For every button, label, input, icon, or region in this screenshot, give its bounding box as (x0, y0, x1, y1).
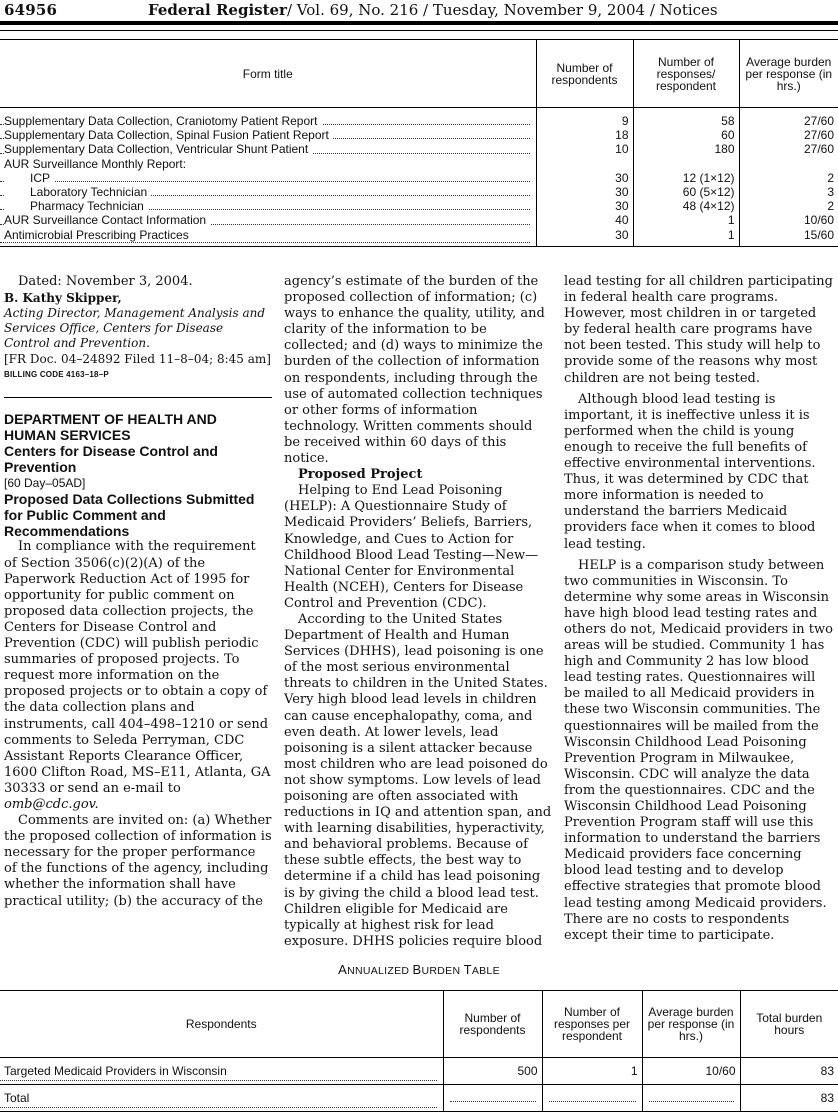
table-header-row: Respondents Number of respondents Number… (0, 991, 838, 1058)
dot-leader-cell (642, 1085, 740, 1112)
billing-code: BILLING CODE 4163–18–P (4, 367, 272, 383)
col-form-title: Form title (0, 40, 536, 108)
paragraph: Although blood lead testing is important… (564, 392, 834, 553)
responses-per-respondent: 1 (633, 228, 739, 247)
responses-per-respondent: 12 (1×12) (633, 171, 739, 185)
annualized-burden-table: Respondents Number of respondents Number… (0, 990, 838, 1112)
header-rule-thin (0, 30, 838, 31)
form-title-cell: Laboratory Technician (0, 185, 536, 199)
header-rule-thick (0, 21, 838, 25)
average-burden: 27/60 (739, 142, 838, 156)
signer-name: B. Kathy Skipper, (4, 290, 272, 306)
page-header: 64956 Federal Register/ Vol. 69, No. 216… (4, 0, 834, 22)
subject-heading: Proposed Data Collections Submitted for … (4, 491, 272, 539)
form-title-cell: AUR Surveillance Monthly Report: (0, 157, 536, 171)
table-row: Targeted Medicaid Providers in Wisconsin… (0, 1058, 838, 1085)
fr-doc-line: [FR Doc. 04–24892 Filed 11–8–04; 8:45 am… (4, 351, 272, 367)
col-responses-per-respondent: Number of responses/ respondent (633, 40, 739, 108)
total-label: Total (0, 1085, 443, 1112)
form-title-cell: Pharmacy Technician (0, 199, 536, 213)
page-number: 64956 (4, 1, 57, 19)
issue-info: / Vol. 69, No. 216 / Tuesday, November 9… (287, 1, 718, 19)
col-total-burden-hours: Total burden hours (740, 991, 838, 1058)
annualized-burden-table-title: ANNUALIZED BURDEN TABLE (0, 962, 838, 977)
paragraph: According to the United States Departmen… (284, 612, 552, 950)
table-row: AUR Surveillance Contact Information4011… (0, 213, 838, 227)
average-burden: 2 (739, 171, 838, 185)
number-respondents: 18 (536, 128, 633, 142)
number-respondents: 30 (536, 185, 633, 199)
col-average-burden: Average burden per response (in hrs.) (739, 40, 838, 108)
form-title-cell: AUR Surveillance Contact Information (0, 213, 536, 227)
form-title-cell: Antimicrobial Prescribing Practices (0, 228, 536, 247)
col-number-respondents: Number of respondents (443, 991, 542, 1058)
col-responses-per-respondent: Number of responses per respondent (542, 991, 642, 1058)
paragraph: Comments are invited on: (a) Whether the… (4, 813, 272, 910)
col-respondents: Respondents (0, 991, 443, 1058)
paragraph-continued: agency’s estimate of the burden of the p… (284, 274, 552, 467)
subheading-proposed-project: Proposed Project (284, 467, 552, 483)
table-row: Supplementary Data Collection, Ventricul… (0, 142, 838, 156)
responses-per-respondent: 1 (633, 213, 739, 227)
dot-leader-cell (542, 1085, 642, 1112)
col-average-burden: Average burden per response (in hrs.) (642, 991, 740, 1058)
document-id: [60 Day–05AD] (4, 475, 272, 491)
number-respondents: 30 (536, 171, 633, 185)
responses-per-respondent (633, 157, 739, 171)
responses-per-respondent: 48 (4×12) (633, 199, 739, 213)
responses-per-respondent: 1 (542, 1058, 642, 1085)
table-header-row: Form title Number of respondents Number … (0, 40, 838, 108)
table-row: ICP3012 (1×12)2 (0, 171, 838, 185)
email-link[interactable]: omb@cdc.gov. (4, 797, 99, 812)
average-burden: 15/60 (739, 228, 838, 247)
form-title-cell: Supplementary Data Collection, Spinal Fu… (0, 128, 536, 142)
responses-per-respondent: 58 (633, 108, 739, 129)
text-column-2: agency’s estimate of the burden of the p… (284, 274, 552, 950)
text-column-1: Dated: November 3, 2004. B. Kathy Skippe… (4, 274, 272, 910)
average-burden: 3 (739, 185, 838, 199)
total-burden-hours: 83 (740, 1085, 838, 1112)
signer-title: Acting Director, Management Analysis and… (4, 306, 272, 351)
table-row: Supplementary Data Collection, Craniotom… (0, 108, 838, 129)
paragraph: In compliance with the requirement of Se… (4, 539, 272, 813)
dot-leader-cell (443, 1085, 542, 1112)
running-title: Federal Register/ Vol. 69, No. 216 / Tue… (148, 1, 718, 19)
average-burden (739, 157, 838, 171)
table-total-row: Total 83 (0, 1085, 838, 1112)
number-respondents: 500 (443, 1058, 542, 1085)
average-burden: 10/60 (642, 1058, 740, 1085)
table-row: Pharmacy Technician3048 (4×12)2 (0, 199, 838, 213)
number-respondents: 9 (536, 108, 633, 129)
publication-name: Federal Register (148, 1, 287, 19)
responses-per-respondent: 60 (5×12) (633, 185, 739, 199)
respondent-label: Targeted Medicaid Providers in Wisconsin (0, 1058, 443, 1085)
number-respondents: 30 (536, 228, 633, 247)
table-row: Laboratory Technician3060 (5×12)3 (0, 185, 838, 199)
table-row: AUR Surveillance Monthly Report: (0, 157, 838, 171)
form-title-cell: Supplementary Data Collection, Craniotom… (0, 108, 536, 129)
number-respondents (536, 157, 633, 171)
paragraph: HELP is a comparison study between two c… (564, 558, 834, 944)
dated-line: Dated: November 3, 2004. (4, 274, 272, 290)
agency-heading: DEPARTMENT OF HEALTH AND HUMAN SERVICES (4, 411, 272, 443)
col-number-respondents: Number of respondents (536, 40, 633, 108)
form-burden-table: Form title Number of respondents Number … (0, 39, 838, 247)
average-burden: 2 (739, 199, 838, 213)
form-title-cell: ICP (0, 171, 536, 185)
table-row: Antimicrobial Prescribing Practices30115… (0, 228, 838, 247)
average-burden: 27/60 (739, 128, 838, 142)
number-respondents: 40 (536, 213, 633, 227)
section-divider (4, 397, 272, 398)
paragraph-continued: lead testing for all children participat… (564, 274, 834, 387)
number-respondents: 10 (536, 142, 633, 156)
form-title-cell: Supplementary Data Collection, Ventricul… (0, 142, 536, 156)
table-row: Supplementary Data Collection, Spinal Fu… (0, 128, 838, 142)
total-burden-hours: 83 (740, 1058, 838, 1085)
average-burden: 27/60 (739, 108, 838, 129)
responses-per-respondent: 180 (633, 142, 739, 156)
average-burden: 10/60 (739, 213, 838, 227)
responses-per-respondent: 60 (633, 128, 739, 142)
number-respondents: 30 (536, 199, 633, 213)
text-column-3: lead testing for all children participat… (564, 274, 834, 944)
paragraph: Helping to End Lead Poisoning (HELP): A … (284, 483, 552, 612)
sub-agency-heading: Centers for Disease Control and Preventi… (4, 443, 272, 475)
